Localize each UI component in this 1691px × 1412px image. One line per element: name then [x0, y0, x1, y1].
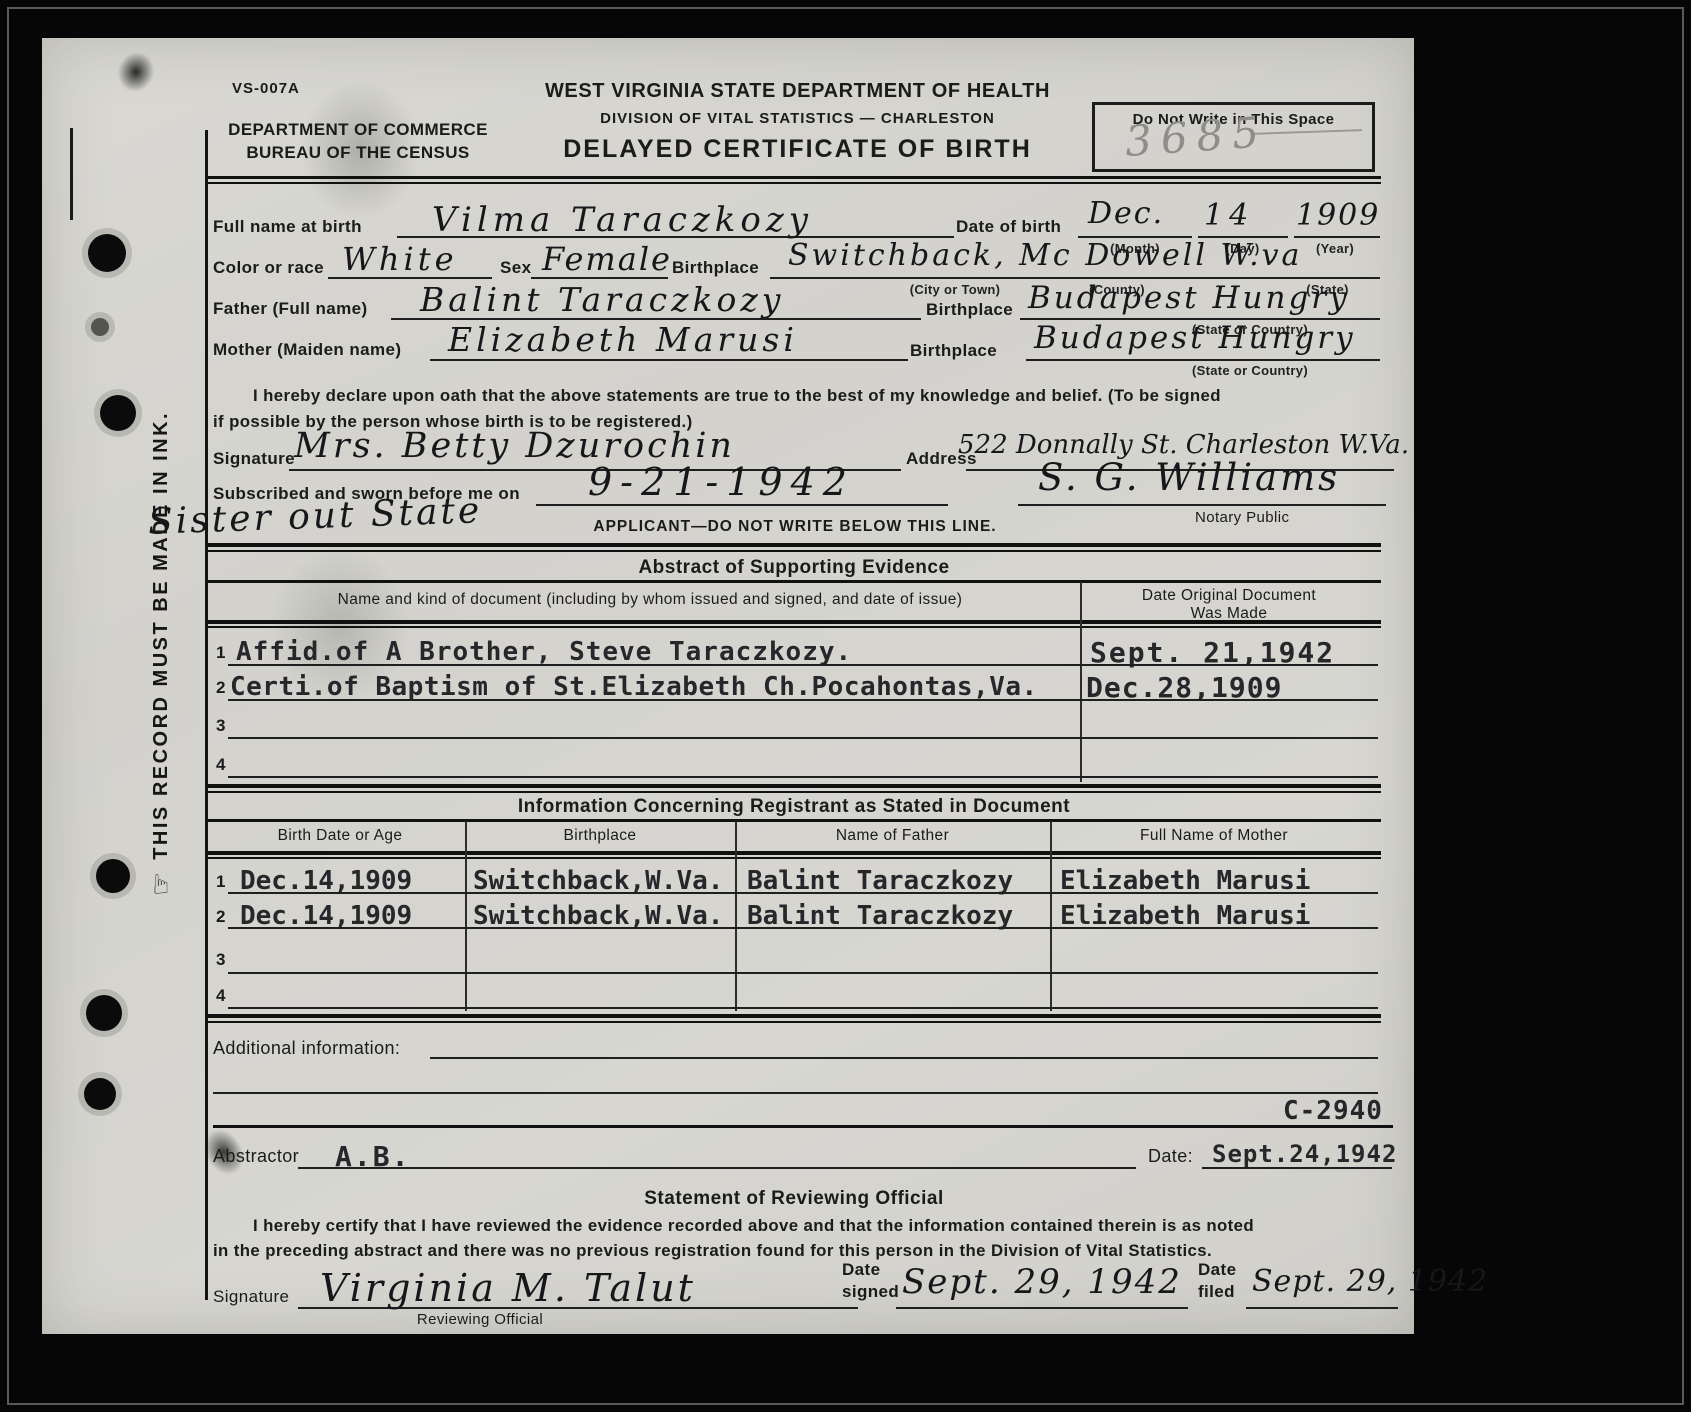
mother-name-value: Elizabeth Marusi	[448, 320, 798, 359]
punch-hole	[96, 859, 130, 893]
ruled-line	[1026, 359, 1380, 361]
rule	[207, 626, 1381, 628]
registrant-col-header: Full Name of Mother	[1050, 827, 1378, 845]
abstract-date-label: Date:	[1148, 1146, 1193, 1167]
punch-hole	[100, 395, 136, 431]
ruled-line	[213, 1092, 1378, 1094]
scanned-certificate-page: ☞ THIS RECORD MUST BE MADE IN INK. VS-00…	[0, 0, 1691, 1412]
department-title: WEST VIRGINIA STATE DEPARTMENT OF HEALTH	[515, 80, 1080, 103]
registrant-column-divider	[735, 821, 737, 1011]
rule	[207, 620, 1381, 624]
evidence-col1-header: Name and kind of document (including by …	[240, 591, 1060, 609]
ruled-line	[1246, 1307, 1398, 1309]
registrant-col-header: Birth Date or Age	[215, 827, 465, 845]
year-sublabel: (Year)	[1290, 241, 1380, 256]
father-birthplace-label: Birthplace	[926, 300, 1013, 320]
date-filed-label-line1: Date	[1198, 1260, 1236, 1280]
applicant-divider-note: APPLICANT—DO NOT WRITE BELOW THIS LINE.	[530, 518, 1060, 536]
form-number: VS-007A	[232, 80, 300, 97]
file-code: C-2940	[1283, 1096, 1383, 1126]
date-signed-label-line2: signed	[842, 1282, 899, 1302]
sex-label: Sex	[500, 258, 531, 278]
date-signed-value: Sept. 29, 1942	[902, 1262, 1182, 1302]
ruled-line	[1294, 236, 1380, 238]
mother-birthplace-value: Budapest Hungry	[1034, 320, 1356, 356]
notary-signature-value: S. G. Williams	[1038, 456, 1340, 499]
header-rule	[207, 182, 1381, 184]
rule	[207, 851, 1381, 855]
ruled-line	[228, 927, 1378, 929]
evidence-column-divider	[1080, 582, 1082, 782]
ruled-line	[228, 699, 1378, 701]
row-number: 2	[216, 678, 226, 698]
ruled-line	[1202, 1167, 1392, 1169]
ruled-line	[430, 359, 908, 361]
birthplace-label: Birthplace	[672, 258, 759, 278]
signature-label: Signature	[213, 449, 295, 469]
ruled-line	[228, 892, 1378, 894]
reviewing-signature-value: Virginia M. Talut	[320, 1266, 696, 1310]
manicule-icon: ☞	[146, 872, 177, 896]
abstractor-label: Abstractor	[213, 1146, 299, 1167]
fold-mark	[70, 128, 73, 220]
reviewing-official-label: Reviewing Official	[360, 1311, 600, 1328]
rule	[207, 857, 1381, 859]
row-number: 3	[216, 950, 226, 970]
date-filed-label-line2: filed	[1198, 1282, 1235, 1302]
full-name-label: Full name at birth	[213, 217, 362, 237]
reviewing-statement-line1: I hereby certify that I have reviewed th…	[213, 1216, 1428, 1236]
section-rule	[207, 784, 1381, 788]
ruled-line	[896, 1307, 1188, 1309]
division-subtitle: DIVISION OF VITAL STATISTICS — CHARLESTO…	[515, 110, 1080, 127]
ruled-line	[1018, 504, 1386, 506]
ruled-line	[228, 1007, 1378, 1009]
father-label: Father (Full name)	[213, 299, 368, 319]
sex-value: Female	[542, 240, 672, 278]
section-rule	[207, 1014, 1381, 1018]
section-rule	[207, 550, 1381, 552]
rule	[213, 1125, 1393, 1128]
reviewing-section-title: Statement of Reviewing Official	[207, 1188, 1381, 1210]
city-sublabel: (City or Town)	[860, 282, 1050, 297]
notary-public-label: Notary Public	[1195, 509, 1289, 526]
form-left-border	[205, 130, 208, 1300]
birth-year-value: 1909	[1296, 198, 1380, 233]
punch-hole	[88, 234, 126, 272]
evidence-row-name: Certi.of Baptism of St.Elizabeth Ch.Poca…	[230, 672, 1038, 702]
registrant-section-title: Information Concerning Registrant as Sta…	[207, 796, 1381, 818]
additional-info-label: Additional information:	[213, 1038, 400, 1059]
reviewing-signature-label: Signature	[213, 1287, 289, 1307]
reviewing-statement-line2: in the preceding abstract and there was …	[213, 1241, 1212, 1261]
header-rule	[207, 176, 1381, 179]
race-label: Color or race	[213, 258, 324, 278]
row-number: 4	[216, 986, 226, 1006]
state-or-country-sublabel: (State or Country)	[1130, 363, 1370, 378]
sworn-date-value: 9-21-1942	[588, 460, 855, 504]
certificate-title: DELAYED CERTIFICATE OF BIRTH	[515, 135, 1080, 164]
ruled-line	[536, 504, 948, 506]
registrant-column-divider	[465, 821, 467, 1011]
ruled-line	[228, 776, 1378, 778]
rule	[207, 819, 1381, 822]
evidence-col2-header-line1: Date Original Document	[1085, 587, 1373, 605]
evidence-section-title: Abstract of Supporting Evidence	[207, 557, 1381, 579]
mother-birthplace-label: Birthplace	[910, 341, 997, 361]
date-filed-value: Sept. 29, 1942	[1252, 1264, 1488, 1299]
father-birthplace-value: Budapest Hungry	[1028, 280, 1350, 316]
ruled-line	[298, 1167, 1136, 1169]
date-of-birth-label: Date of birth	[956, 217, 1061, 237]
ruled-line	[770, 277, 1380, 279]
punch-hole	[86, 995, 122, 1031]
registrant-col-header: Name of Father	[735, 827, 1050, 845]
abstract-date-value: Sept.24,1942	[1212, 1140, 1397, 1168]
birth-month-value: Dec.	[1088, 196, 1164, 231]
margin-notice: ☞ THIS RECORD MUST BE MADE IN INK.	[143, 426, 179, 896]
row-number: 1	[216, 872, 226, 892]
row-number: 1	[216, 643, 226, 663]
punch-hole	[91, 318, 109, 336]
ruled-line	[228, 737, 1378, 739]
row-number: 4	[216, 755, 226, 775]
birth-day-value: 14	[1204, 198, 1254, 233]
evidence-row-name: Affid.of A Brother, Steve Taraczkozy.	[236, 637, 852, 667]
punch-hole	[84, 1078, 116, 1110]
ruled-line	[228, 972, 1378, 974]
race-value: White	[342, 240, 458, 278]
declaration-line-1: I hereby declare upon oath that the abov…	[213, 386, 1425, 406]
section-rule	[207, 543, 1381, 547]
section-rule	[207, 791, 1381, 793]
full-name-value: Vilma Taraczkozy	[432, 200, 813, 240]
ruled-line	[228, 664, 1378, 666]
date-signed-label-line1: Date	[842, 1260, 880, 1280]
rule	[207, 580, 1381, 583]
mother-label: Mother (Maiden name)	[213, 340, 401, 360]
agency-line-1: DEPARTMENT OF COMMERCE	[228, 120, 488, 140]
margin-notice-text: THIS RECORD MUST BE MADE IN INK.	[150, 411, 173, 860]
section-rule	[207, 1021, 1381, 1023]
agency-line-2: BUREAU OF THE CENSUS	[228, 143, 488, 163]
registrant-col-header: Birthplace	[465, 827, 735, 845]
ruled-line	[430, 1057, 1378, 1059]
birthplace-value: Switchback, Mc Dowell W.va	[788, 238, 1302, 273]
father-name-value: Balint Taraczkozy	[420, 280, 784, 319]
row-number: 3	[216, 716, 226, 736]
registrant-column-divider	[1050, 821, 1052, 1011]
file-number-handwritten: 3685	[1123, 107, 1269, 166]
row-number: 2	[216, 907, 226, 927]
